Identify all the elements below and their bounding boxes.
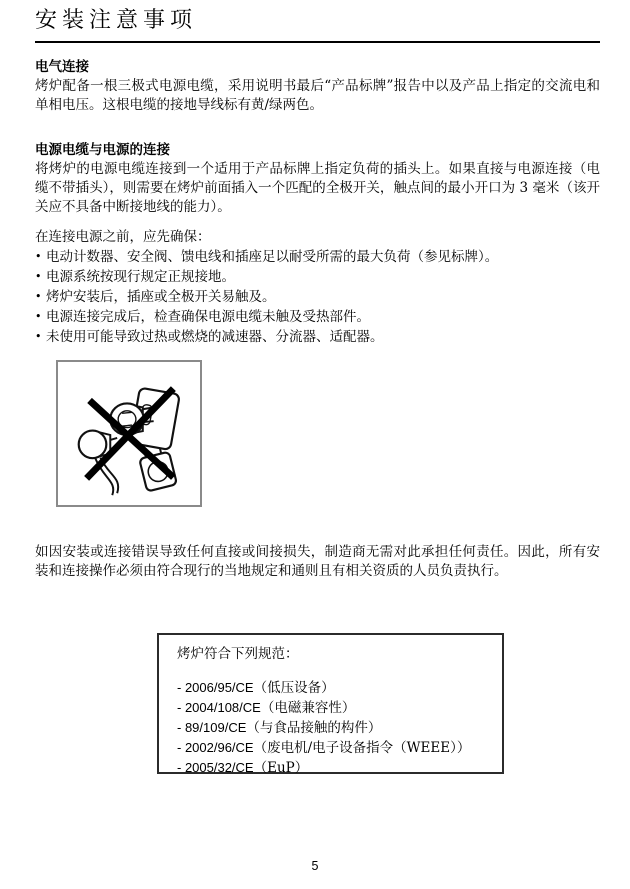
checklist-item: •电源系统按现行规定正规接地。	[35, 267, 600, 287]
directive-code: - 2005/32/CE	[177, 760, 254, 775]
page-content: 安装注意事项 电气连接 烤炉配备一根三极式电源电缆，采用说明书最后“产品标牌”报…	[0, 0, 630, 774]
bullet-icon: •	[35, 247, 46, 266]
checklist-item: •电动计数器、安全阀、馈电线和插座足以耐受所需的最大负荷（参见标牌）。	[35, 247, 600, 267]
directive-code: - 89/109/CE	[177, 720, 246, 735]
checklist-intro: 在连接电源之前，应先确保：	[35, 228, 600, 247]
section-heading-electrical: 电气连接	[35, 58, 600, 77]
directive-desc: （与食品接触的构件）	[246, 720, 381, 736]
compliance-item: - 2006/95/CE（低压设备）	[177, 678, 494, 698]
page-title: 安装注意事项	[35, 6, 600, 43]
directive-code: - 2002/96/CE	[177, 740, 254, 755]
checklist-item: •烤炉安装后，插座或全极开关易触及。	[35, 287, 600, 307]
checklist-item-text: 烤炉安装后，插座或全极开关易触及。	[46, 289, 276, 305]
compliance-box: 烤炉符合下列规范： - 2006/95/CE（低压设备） - 2004/108/…	[157, 633, 504, 774]
directive-code: - 2004/108/CE	[177, 700, 261, 715]
page-number: 5	[0, 858, 630, 874]
directive-desc: （EuP）	[254, 760, 309, 776]
checklist-item-text: 电源系统按现行规定正规接地。	[46, 269, 235, 285]
compliance-item: - 2002/96/CE（废电机/电子设备指令（WEEE））	[177, 738, 494, 758]
liability-paragraph: 如因安装或连接错误导致任何直接或间接损失，制造商无需对此承担任何责任。因此，所有…	[35, 543, 600, 581]
bullet-icon: •	[35, 327, 46, 346]
directive-code: - 2006/95/CE	[177, 680, 254, 695]
section-heading-power-connection: 电源电缆与电源的连接	[35, 141, 600, 160]
bullet-icon: •	[35, 267, 46, 286]
directive-desc: （低压设备）	[254, 680, 335, 696]
compliance-list: - 2006/95/CE（低压设备） - 2004/108/CE（电磁兼容性） …	[177, 678, 494, 778]
checklist-item: •电源连接完成后，检查确保电源电缆未触及受热部件。	[35, 307, 600, 327]
bullet-icon: •	[35, 307, 46, 326]
compliance-item: - 2005/32/CE（EuP）	[177, 758, 494, 778]
checklist-item-text: 电源连接完成后，检查确保电源电缆未触及受热部件。	[46, 309, 370, 325]
checklist-item: •未使用可能导致过热或燃烧的减速器、分流器、适配器。	[35, 327, 600, 347]
bullet-icon: •	[35, 287, 46, 306]
no-adapter-prohibition-icon	[59, 363, 199, 504]
checklist-item-text: 未使用可能导致过热或燃烧的减速器、分流器、适配器。	[46, 329, 384, 345]
directive-desc: （电磁兼容性）	[261, 700, 356, 716]
no-adapter-figure	[56, 360, 202, 507]
checklist: •电动计数器、安全阀、馈电线和插座足以耐受所需的最大负荷（参见标牌）。 •电源系…	[35, 247, 600, 347]
manual-page: { "page": { "title": "安装注意事项", "page_num…	[0, 0, 630, 889]
directive-desc: （废电机/电子设备指令（WEEE））	[254, 740, 471, 756]
power-connection-body: 将烤炉的电源电缆连接到一个适用于产品标牌上指定负荷的插头上。如果直接与电源连接（…	[35, 160, 600, 217]
checklist-item-text: 电动计数器、安全阀、馈电线和插座足以耐受所需的最大负荷（参见标牌）。	[46, 249, 498, 265]
electrical-body: 烤炉配备一根三极式电源电缆，采用说明书最后“产品标牌”报告中以及产品上指定的交流…	[35, 77, 600, 115]
compliance-intro: 烤炉符合下列规范：	[177, 645, 494, 664]
compliance-item: - 2004/108/CE（电磁兼容性）	[177, 698, 494, 718]
compliance-item: - 89/109/CE（与食品接触的构件）	[177, 718, 494, 738]
